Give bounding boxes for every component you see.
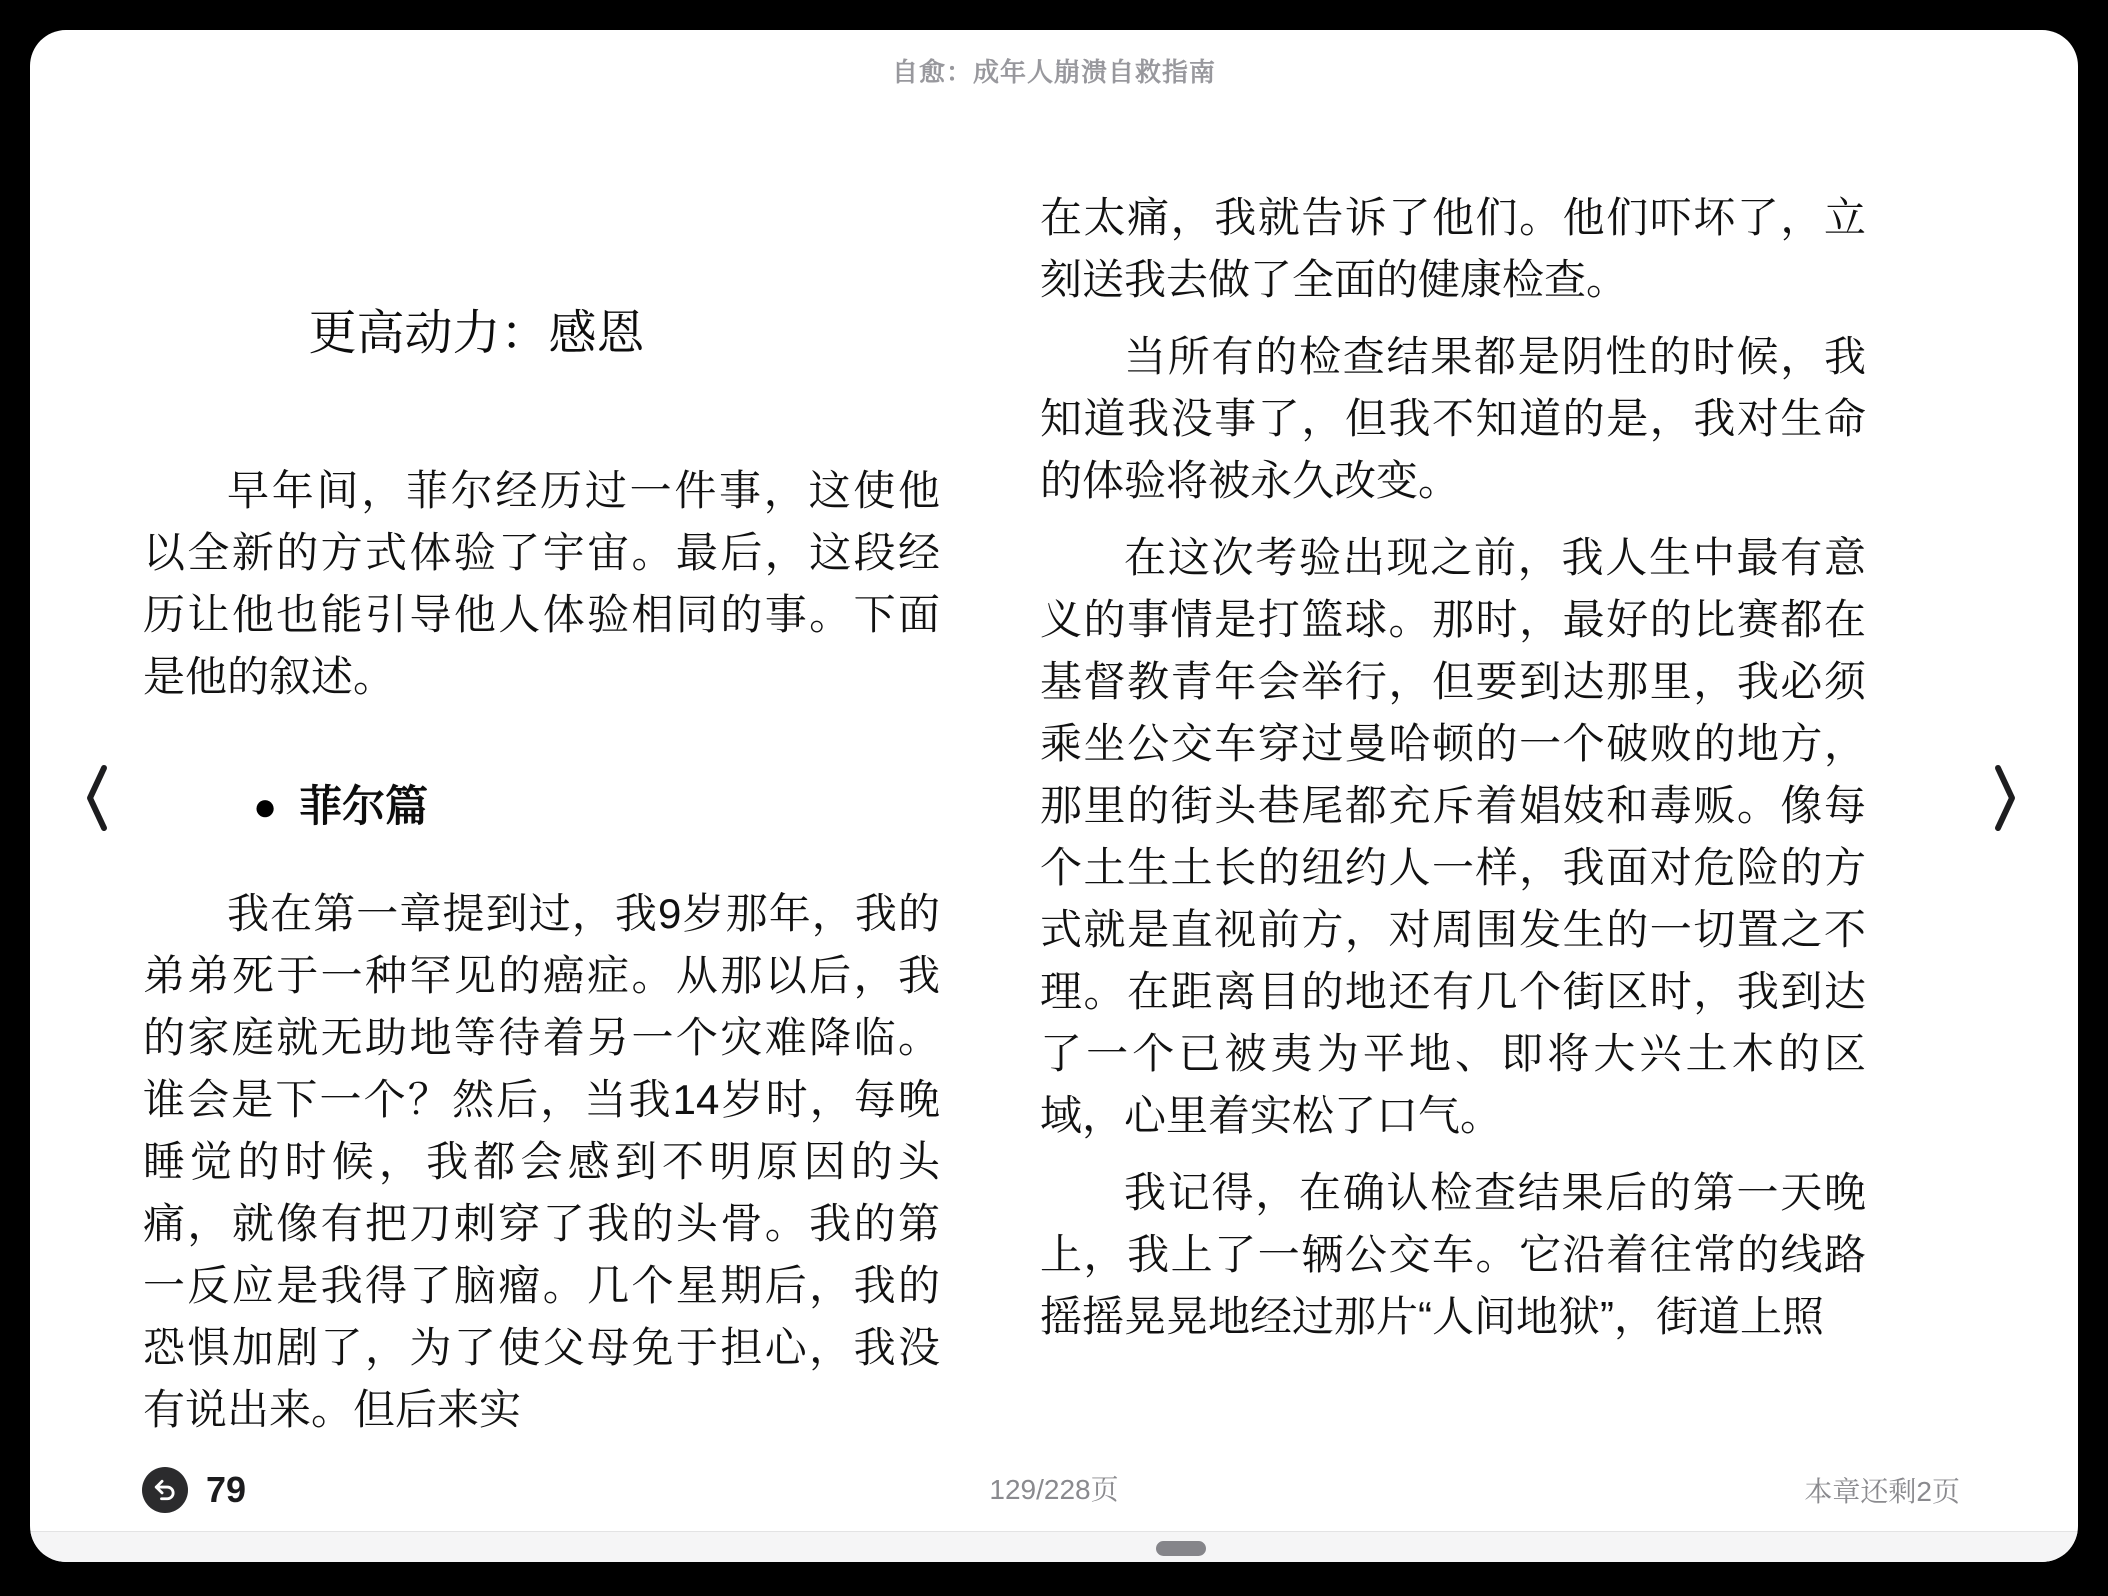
previous-page-button[interactable] xyxy=(82,762,112,834)
bullet-icon: ● xyxy=(253,775,277,839)
paragraph: 我记得，在确认检查结果后的第一天晚上，我上了一辆公交车。它沿着往常的线路摇摇晃晃… xyxy=(1040,1162,1866,1348)
section-title: 菲尔篇 xyxy=(299,775,428,839)
paragraph: 早年间，菲尔经历过一件事，这使他以全新的方式体验了宇宙。最后，这段经历让他也能引… xyxy=(143,460,940,708)
home-indicator[interactable] xyxy=(1156,1541,1206,1556)
next-page-button[interactable] xyxy=(1990,762,2020,834)
section-heading: ● 菲尔篇 xyxy=(143,775,940,839)
chapter-title: 更高动力：感恩 xyxy=(143,299,810,369)
back-page-number: 79 xyxy=(206,1469,246,1511)
paragraph: 当所有的检查结果都是阴性的时候，我知道我没事了，但我不知道的是，我对生命的体验将… xyxy=(1040,326,1866,512)
back-to-page-button[interactable]: 79 xyxy=(142,1467,246,1513)
tablet-bezel: 自愈：成年人崩溃自救指南 更高动力：感恩 早年间，菲尔经历过一件事，这使他以全新… xyxy=(0,0,2108,1596)
left-page: 更高动力：感恩 早年间，菲尔经历过一件事，这使他以全新的方式体验了宇宙。最后，这… xyxy=(143,187,940,1456)
reader-screen: 自愈：成年人崩溃自救指南 更高动力：感恩 早年间，菲尔经历过一件事，这使他以全新… xyxy=(30,30,2078,1562)
undo-arrow-icon xyxy=(142,1467,188,1513)
page-spread: 更高动力：感恩 早年间，菲尔经历过一件事，这使他以全新的方式体验了宇宙。最后，这… xyxy=(143,187,1866,1456)
footer-bar: 79 129/228页 本章还剩2页 xyxy=(30,1460,2078,1520)
paragraph: 在这次考验出现之前，我人生中最有意义的事情是打篮球。那时，最好的比赛都在基督教青… xyxy=(1040,527,1866,1147)
bottom-strip xyxy=(30,1531,2078,1562)
page-position-label: 129/228页 xyxy=(989,1468,1118,1508)
chapter-remaining-label: 本章还剩2页 xyxy=(1804,1470,1960,1510)
paragraph: 我在第一章提到过，我9岁那年，我的弟弟死于一种罕见的癌症。从那以后，我的家庭就无… xyxy=(143,883,940,1441)
chevron-left-icon xyxy=(82,821,112,838)
paragraph: 在太痛，我就告诉了他们。他们吓坏了，立刻送我去做了全面的健康检查。 xyxy=(1040,187,1866,311)
chevron-right-icon xyxy=(1990,821,2020,838)
right-page: 在太痛，我就告诉了他们。他们吓坏了，立刻送我去做了全面的健康检查。 当所有的检查… xyxy=(1040,187,1866,1456)
book-title: 自愈：成年人崩溃自救指南 xyxy=(30,52,2078,89)
